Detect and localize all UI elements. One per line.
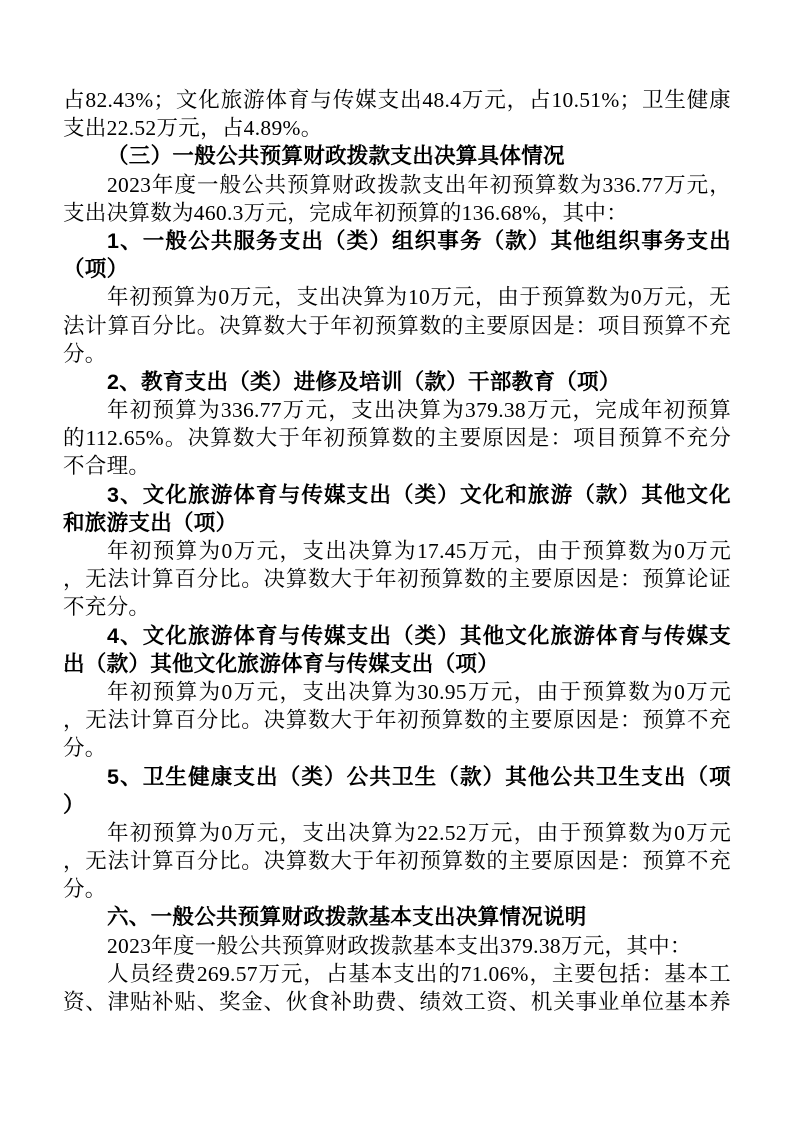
body-text-line: 年初预算为0万元，支出决算为30.95万元，由于预算数为0万元	[63, 678, 731, 706]
body-text-line: 占82.43%；文化旅游体育与传媒支出48.4万元，占10.51%；卫生健康	[63, 86, 731, 114]
body-text-line: 2023年度一般公共预算财政拨款基本支出379.38万元，其中：	[63, 932, 731, 960]
heading-line: 和旅游支出（项）	[63, 509, 731, 537]
body-text-line: 的112.65%。决算数大于年初预算数的主要原因是：项目预算不充分	[63, 424, 731, 452]
body-text-line: 分。	[63, 875, 731, 903]
body-text-line: ，无法计算百分比。决算数大于年初预算数的主要原因是：预算不充	[63, 847, 731, 875]
body-text-line: ，无法计算百分比。决算数大于年初预算数的主要原因是：预算不充	[63, 706, 731, 734]
body-text-line: 年初预算为336.77万元，支出决算为379.38万元，完成年初预算	[63, 396, 731, 424]
body-text-line: 人员经费269.57万元，占基本支出的71.06%，主要包括：基本工	[63, 960, 731, 988]
heading-line: （项）	[63, 255, 731, 283]
body-text-line: 年初预算为0万元，支出决算为17.45万元，由于预算数为0万元	[63, 537, 731, 565]
body-text-line: 不充分。	[63, 593, 731, 621]
heading-line: 1、一般公共服务支出（类）组织事务（款）其他组织事务支出	[63, 227, 731, 255]
body-text-line: 年初预算为0万元，支出决算为10万元，由于预算数为0万元，无	[63, 283, 731, 311]
body-text-line: 支出决算数为460.3万元，完成年初预算的136.68%，其中：	[63, 199, 731, 227]
heading-line: ）	[63, 791, 731, 819]
body-text-line: 资、津贴补贴、奖金、伙食补助费、绩效工资、机关事业单位基本养	[63, 988, 731, 1016]
body-text-line: 法计算百分比。决算数大于年初预算数的主要原因是：项目预算不充	[63, 312, 731, 340]
document-page: 占82.43%；文化旅游体育与传媒支出48.4万元，占10.51%；卫生健康支出…	[0, 0, 793, 1122]
heading-line: 4、文化旅游体育与传媒支出（类）其他文化旅游体育与传媒支	[63, 622, 731, 650]
heading-line: （三）一般公共预算财政拨款支出决算具体情况	[63, 142, 731, 170]
heading-line: 出（款）其他文化旅游体育与传媒支出（项）	[63, 650, 731, 678]
heading-line: 六、一般公共预算财政拨款基本支出决算情况说明	[63, 903, 731, 931]
body-text-line: 年初预算为0万元，支出决算为22.52万元，由于预算数为0万元	[63, 819, 731, 847]
body-text-line: 2023年度一般公共预算财政拨款支出年初预算数为336.77万元，	[63, 171, 731, 199]
body-text-line: 分。	[63, 734, 731, 762]
body-text-line: 支出22.52万元，占4.89%。	[63, 114, 731, 142]
heading-line: 5、卫生健康支出（类）公共卫生（款）其他公共卫生支出（项	[63, 763, 731, 791]
body-text-line: 不合理。	[63, 452, 731, 480]
body-text-line: 分。	[63, 340, 731, 368]
document-content: 占82.43%；文化旅游体育与传媒支出48.4万元，占10.51%；卫生健康支出…	[63, 86, 731, 1016]
body-text-line: ，无法计算百分比。决算数大于年初预算数的主要原因是：预算论证	[63, 565, 731, 593]
heading-line: 3、文化旅游体育与传媒支出（类）文化和旅游（款）其他文化	[63, 481, 731, 509]
heading-line: 2、教育支出（类）进修及培训（款）干部教育（项）	[63, 368, 731, 396]
